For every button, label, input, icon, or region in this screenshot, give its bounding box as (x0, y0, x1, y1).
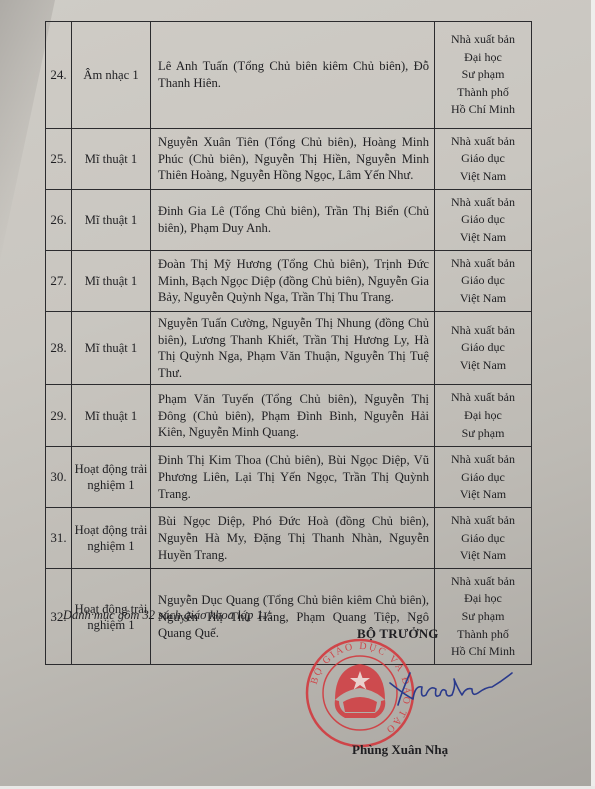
row-number: 26. (46, 190, 72, 251)
textbook-list-table: 24.Âm nhạc 1Lê Anh Tuấn (Tổng Chủ biên k… (45, 21, 532, 665)
table-row: 31.Hoạt động trải nghiệm 1Bùi Ngọc Diệp,… (46, 508, 532, 569)
subject-name: Mĩ thuật 1 (72, 312, 151, 385)
handwritten-signature-icon (380, 665, 515, 710)
publisher-line: Hồ Chí Minh (435, 101, 531, 119)
signer-name: Phùng Xuân Nhạ (352, 742, 448, 758)
table-row: 25.Mĩ thuật 1Nguyễn Xuân Tiên (Tổng Chủ … (46, 129, 532, 190)
table-row: 29.Mĩ thuật 1Phạm Văn Tuyến (Tổng Chủ bi… (46, 385, 532, 447)
subject-name: Hoạt động trải nghiệm 1 (72, 508, 151, 569)
publisher: Nhà xuất bảnĐại họcSư phạmThành phốHồ Ch… (435, 569, 532, 665)
table-row: 27.Mĩ thuật 1Đoàn Thị Mỹ Hương (Tổng Chủ… (46, 251, 532, 312)
subject-name: Mĩ thuật 1 (72, 129, 151, 190)
publisher-line: Nhà xuất bản (435, 255, 531, 273)
publisher-line: Giáo dục (435, 530, 531, 548)
publisher: Nhà xuất bảnGiáo dụcViệt Nam (435, 251, 532, 312)
summary-note: Danh mục gồm 32 sách giáo khoa lớp 1./. (63, 608, 272, 623)
publisher-line: Sư phạm (435, 425, 531, 443)
authors-list: Lê Anh Tuấn (Tổng Chủ biên kiêm Chủ biên… (151, 22, 435, 129)
publisher: Nhà xuất bảnĐại họcSư phạm (435, 385, 532, 447)
row-number: 24. (46, 22, 72, 129)
authors-list: Bùi Ngọc Diệp, Phó Đức Hoà (đồng Chủ biê… (151, 508, 435, 569)
publisher-line: Việt Nam (435, 168, 531, 186)
publisher-line: Nhà xuất bản (435, 573, 531, 591)
publisher-line: Giáo dục (435, 150, 531, 168)
subject-name: Mĩ thuật 1 (72, 251, 151, 312)
publisher: Nhà xuất bảnGiáo dụcViệt Nam (435, 447, 532, 508)
row-number: 30. (46, 447, 72, 508)
publisher: Nhà xuất bảnGiáo dụcViệt Nam (435, 312, 532, 385)
page-right-edge (591, 0, 595, 789)
publisher-line: Giáo dục (435, 211, 531, 229)
row-number: 28. (46, 312, 72, 385)
table-row: 28.Mĩ thuật 1Nguyễn Tuấn Cường, Nguyễn T… (46, 312, 532, 385)
table-row: 30.Hoạt động trải nghiệm 1Đinh Thị Kim T… (46, 447, 532, 508)
publisher-line: Nhà xuất bản (435, 133, 531, 151)
publisher-line: Đại học (435, 590, 531, 608)
publisher-line: Đại học (435, 49, 531, 67)
subject-name: Mĩ thuật 1 (72, 190, 151, 251)
row-number: 31. (46, 508, 72, 569)
publisher-line: Hồ Chí Minh (435, 643, 531, 661)
publisher-line: Nhà xuất bản (435, 512, 531, 530)
table-body: 24.Âm nhạc 1Lê Anh Tuấn (Tổng Chủ biên k… (46, 22, 532, 665)
publisher-line: Giáo dục (435, 339, 531, 357)
publisher-line: Sư phạm (435, 608, 531, 626)
publisher-line: Thành phố (435, 84, 531, 102)
publisher-line: Việt Nam (435, 486, 531, 504)
publisher-line: Sư phạm (435, 66, 531, 84)
publisher-line: Thành phố (435, 626, 531, 644)
publisher: Nhà xuất bảnGiáo dụcViệt Nam (435, 508, 532, 569)
authors-list: Đinh Gia Lê (Tổng Chủ biên), Trần Thị Bi… (151, 190, 435, 251)
publisher-line: Nhà xuất bản (435, 322, 531, 340)
authors-list: Đinh Thị Kim Thoa (Chủ biên), Bùi Ngọc D… (151, 447, 435, 508)
publisher-line: Nhà xuất bản (435, 451, 531, 469)
authors-list: Phạm Văn Tuyến (Tổng Chủ biên), Nguyễn T… (151, 385, 435, 447)
publisher-line: Việt Nam (435, 290, 531, 308)
publisher-line: Nhà xuất bản (435, 194, 531, 212)
row-number: 27. (46, 251, 72, 312)
publisher-line: Nhà xuất bản (435, 31, 531, 49)
publisher: Nhà xuất bảnGiáo dụcViệt Nam (435, 129, 532, 190)
row-number: 25. (46, 129, 72, 190)
publisher-line: Đại học (435, 407, 531, 425)
subject-name: Âm nhạc 1 (72, 22, 151, 129)
subject-name: Mĩ thuật 1 (72, 385, 151, 447)
row-number: 29. (46, 385, 72, 447)
publisher-line: Nhà xuất bản (435, 389, 531, 407)
authors-list: Đoàn Thị Mỹ Hương (Tổng Chủ biên), Trịnh… (151, 251, 435, 312)
publisher-line: Việt Nam (435, 229, 531, 247)
authors-list: Nguyễn Xuân Tiên (Tổng Chủ biên), Hoàng … (151, 129, 435, 190)
subject-name: Hoạt động trải nghiệm 1 (72, 447, 151, 508)
authors-list: Nguyễn Tuấn Cường, Nguyễn Thị Nhung (đồn… (151, 312, 435, 385)
publisher: Nhà xuất bảnGiáo dụcViệt Nam (435, 190, 532, 251)
publisher: Nhà xuất bảnĐại họcSư phạmThành phốHồ Ch… (435, 22, 532, 129)
table-row: 26.Mĩ thuật 1Đinh Gia Lê (Tổng Chủ biên)… (46, 190, 532, 251)
publisher-line: Giáo dục (435, 469, 531, 487)
publisher-line: Việt Nam (435, 357, 531, 375)
table-row: 24.Âm nhạc 1Lê Anh Tuấn (Tổng Chủ biên k… (46, 22, 532, 129)
publisher-line: Giáo dục (435, 272, 531, 290)
publisher-line: Việt Nam (435, 547, 531, 565)
